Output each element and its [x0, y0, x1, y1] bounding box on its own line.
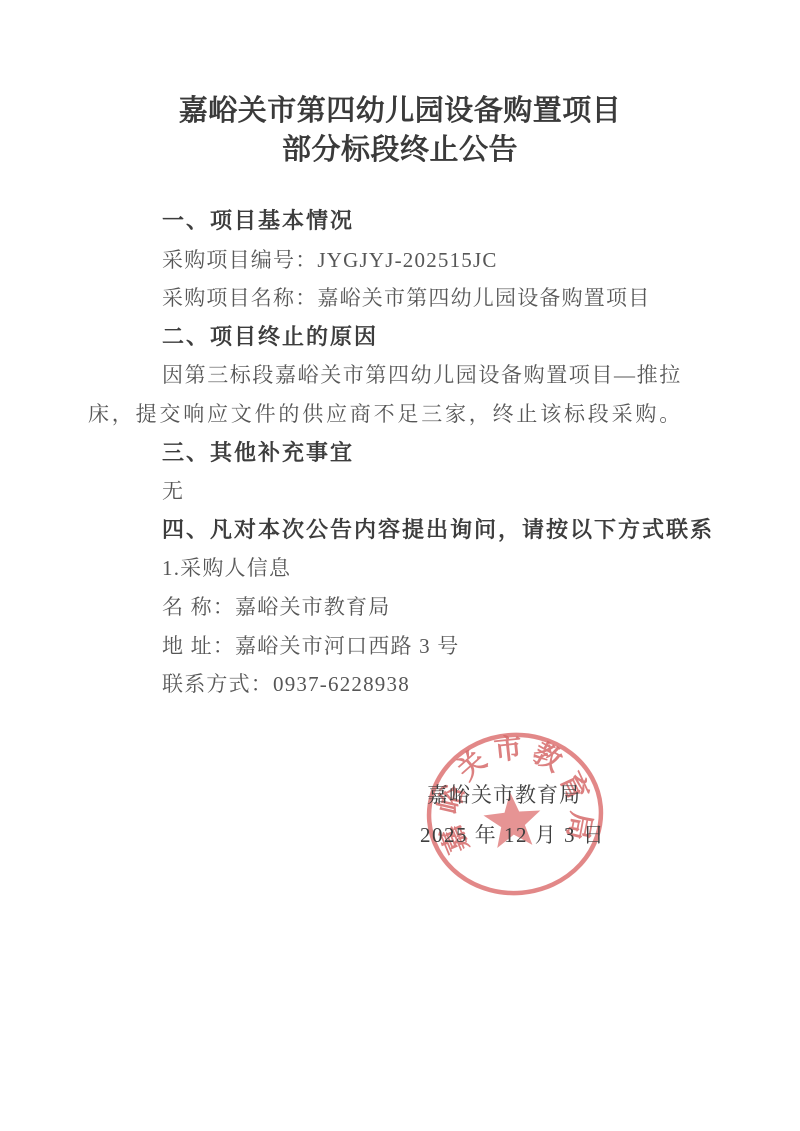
purchaser-info-label: 1.采购人信息 [162, 549, 762, 588]
purchaser-address-line: 地 址：嘉峪关市河口西路 3 号 [162, 627, 762, 666]
section-heading-2: 二、项目终止的原因 [162, 318, 762, 357]
contact-phone-line: 联系方式：0937-6228938 [162, 665, 762, 704]
signature-organization: 嘉峪关市教育局 [427, 779, 581, 809]
official-seal: 嘉峪关市教育局 [408, 716, 622, 912]
section-heading-3: 三、其他补充事宜 [162, 434, 762, 473]
none-line: 无 [162, 472, 762, 511]
section-heading-1: 一、项目基本情况 [162, 202, 762, 241]
document-body: 一、项目基本情况 采购项目编号：JYGJYJ-202515JC 采购项目名称：嘉… [162, 202, 762, 704]
page-title: 嘉峪关市第四幼儿园设备购置项目 部分标段终止公告 [0, 92, 800, 169]
project-number-line: 采购项目编号：JYGJYJ-202515JC [162, 241, 762, 280]
title-line-2: 部分标段终止公告 [0, 131, 800, 170]
document-page: 嘉峪关市第四幼儿园设备购置项目 部分标段终止公告 一、项目基本情况 采购项目编号… [0, 0, 800, 1131]
reason-line-2: 床，提交响应文件的供应商不足三家，终止该标段采购。 [88, 395, 762, 434]
section-heading-4: 四、凡对本次公告内容提出询问，请按以下方式联系 [162, 511, 762, 550]
project-name-line: 采购项目名称：嘉峪关市第四幼儿园设备购置项目 [162, 279, 762, 318]
purchaser-name-line: 名 称：嘉峪关市教育局 [162, 588, 762, 627]
reason-line-1: 因第三标段嘉峪关市第四幼儿园设备购置项目—推拉 [162, 356, 762, 395]
title-line-1: 嘉峪关市第四幼儿园设备购置项目 [0, 92, 800, 131]
signature-date: 2025 年 12 月 3 日 [420, 819, 605, 849]
